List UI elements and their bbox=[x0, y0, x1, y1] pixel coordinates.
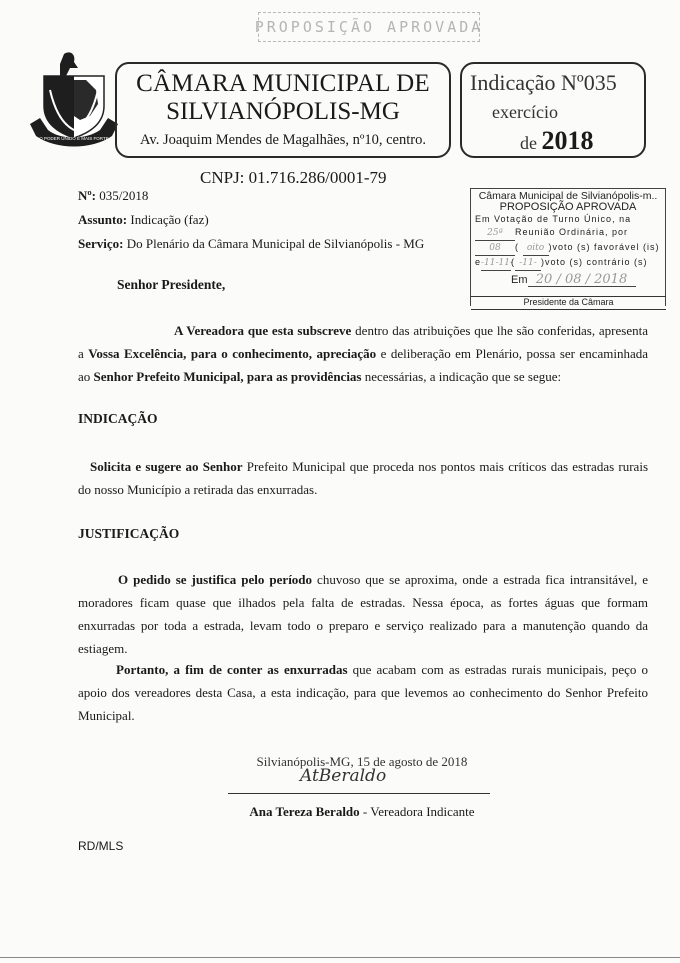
exercise-year: de 2018 bbox=[520, 126, 594, 156]
handwritten-signature: AtBeraldo bbox=[300, 766, 386, 786]
approval-stamp: Câmara Municipal de Silvianópolis-m.. PR… bbox=[470, 188, 666, 306]
stamp-date: Em20 / 08 / 2018 bbox=[471, 273, 665, 287]
document-service: Serviço: Do Plenário da Câmara Municipal… bbox=[78, 236, 424, 252]
stamp-president-signature: Presidente da Câmara bbox=[471, 296, 666, 308]
chamber-title-line2: SILVIANÓPOLIS-MG bbox=[117, 98, 449, 126]
document-number: Nº: 035/2018 bbox=[78, 188, 148, 204]
signatory: Ana Tereza Beraldo - Vereadora Indicante bbox=[200, 804, 524, 820]
stamp-votes-against: e-11-11-(-11-)voto (s) contrário (s) bbox=[471, 256, 665, 271]
approved-proposition-stamp: PROPOSIÇÃO APROVADA bbox=[258, 12, 480, 42]
municipal-crest-icon: O PODER UNIDO É MAIS FORTE bbox=[26, 50, 122, 150]
signature-line bbox=[228, 793, 490, 794]
stamp-approved: PROPOSIÇÃO APROVADA bbox=[471, 201, 665, 213]
chamber-title-line1: CÂMARA MUNICIPAL DE bbox=[117, 70, 449, 98]
crest-motto: O PODER UNIDO É MAIS FORTE bbox=[39, 135, 108, 141]
indication-number-box: Indicação Nº035 exercício de 2018 bbox=[460, 62, 646, 158]
cnpj: CNPJ: 01.716.286/0001-79 bbox=[200, 168, 387, 188]
justification-paragraph-2: Portanto, a fim de conter as enxurradas … bbox=[78, 658, 648, 727]
salutation: Senhor Presidente, bbox=[117, 277, 225, 293]
stamp-vote-type: Em Votação de Turno Único, na bbox=[471, 213, 665, 226]
stamp-meeting: 25ªReunião Ordinária, por bbox=[471, 226, 665, 241]
justification-paragraph-1: O pedido se justifica pelo período chuvo… bbox=[78, 568, 648, 660]
page-bottom-edge bbox=[0, 957, 680, 958]
exercise-label: exercício bbox=[492, 102, 558, 123]
chamber-address: Av. Joaquim Mendes de Magalhães, nº10, c… bbox=[117, 132, 449, 149]
year-value: 2018 bbox=[542, 126, 594, 155]
author-initials: RD/MLS bbox=[78, 839, 123, 853]
justification-heading: JUSTIFICAÇÃO bbox=[78, 526, 179, 542]
indication-number: Indicação Nº035 bbox=[470, 70, 617, 96]
indication-heading: INDICAÇÃO bbox=[78, 411, 158, 427]
chamber-title-box: CÂMARA MUNICIPAL DE SILVIANÓPOLIS-MG Av.… bbox=[115, 62, 451, 158]
indication-paragraph: Solicita e sugere ao Senhor Prefeito Mun… bbox=[78, 455, 648, 501]
intro-paragraph: A Vereadora que esta subscreve dentro da… bbox=[78, 319, 648, 388]
document-subject: Assunto: Indicação (faz) bbox=[78, 212, 209, 228]
stamp-votes-favor: 08( oito)voto (s) favorável (is) bbox=[471, 241, 665, 256]
